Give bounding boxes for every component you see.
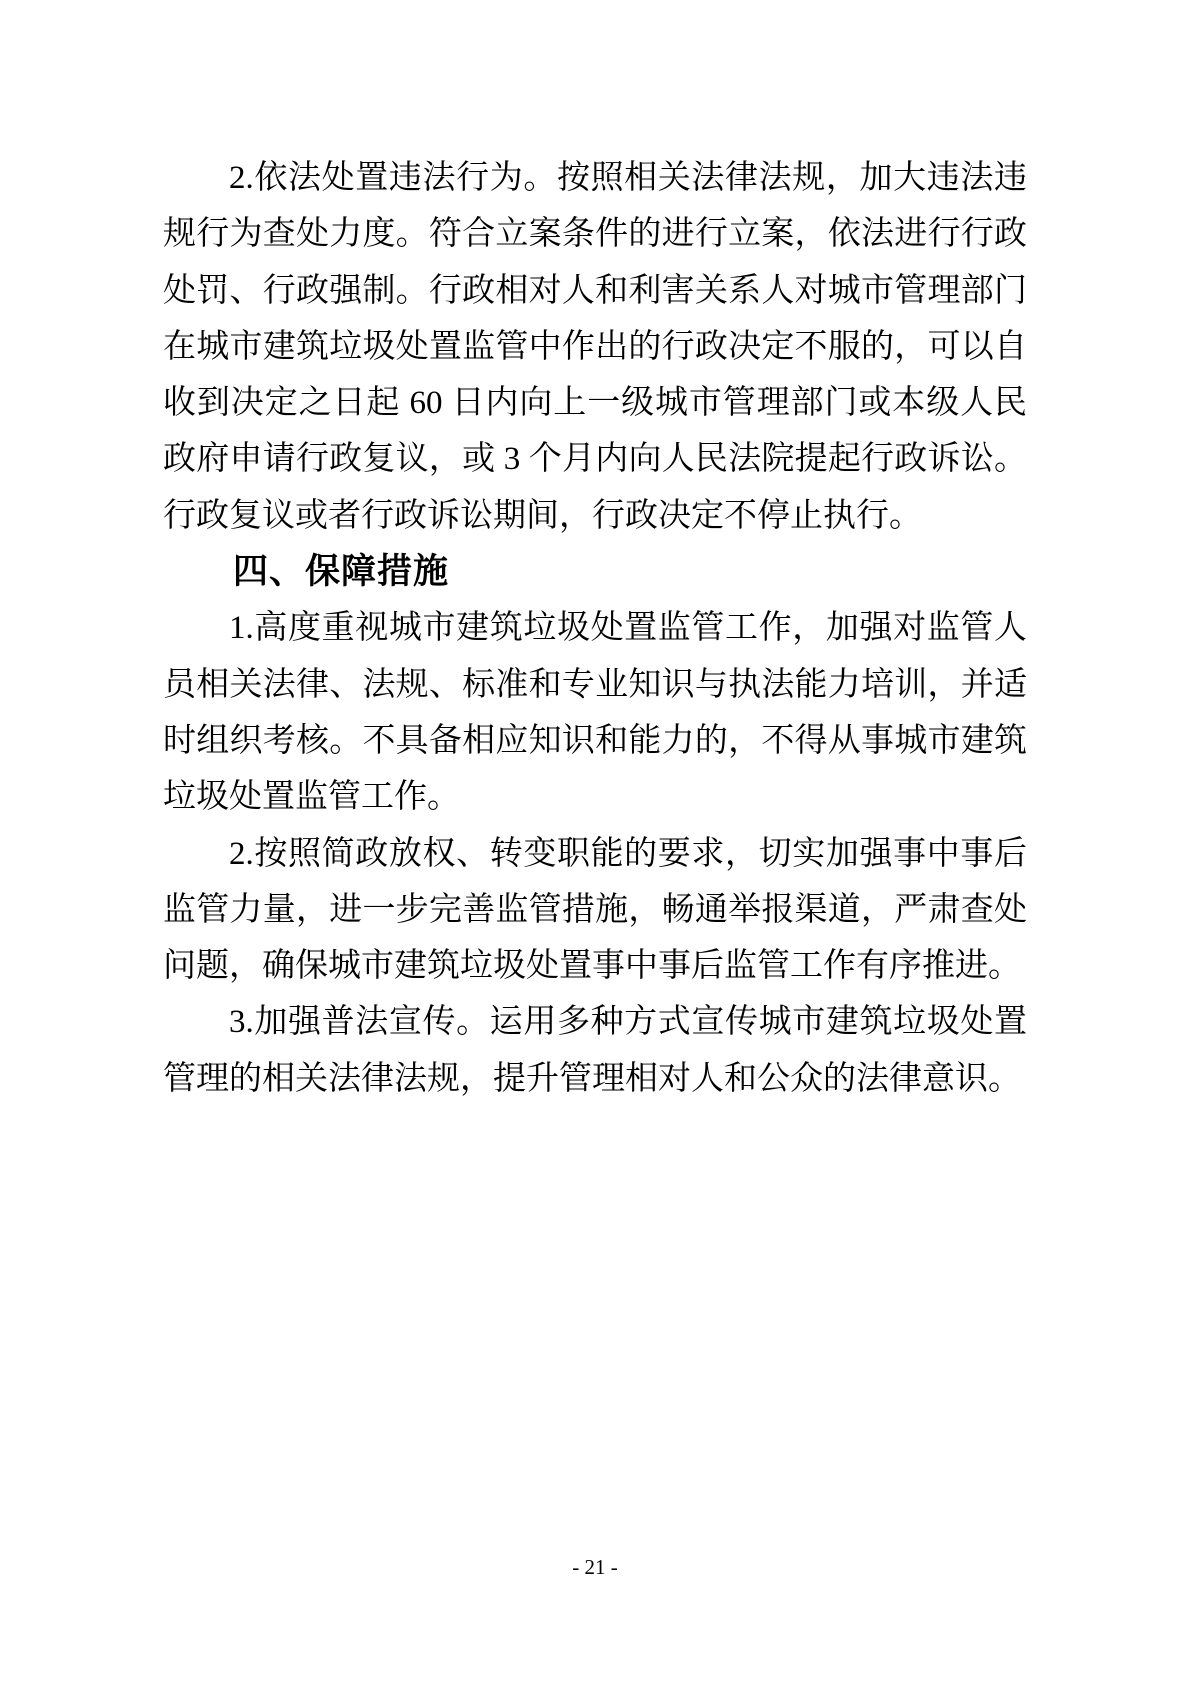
body-paragraph: 3.加强普法宣传。运用多种方式宣传城市建筑垃圾处置管理的相关法律法规，提升管理相… — [163, 994, 1027, 1107]
page-number: - 21 - — [572, 1555, 618, 1579]
body-paragraph: 2.按照简政放权、转变职能的要求，切实加强事中事后监管力量，进一步完善监管措施，… — [163, 826, 1027, 995]
document-body: 2.依法处置违法行为。按照相关法律法规，加大违法违规行为查处力度。符合立案条件的… — [163, 150, 1027, 1107]
document-page: 2.依法处置违法行为。按照相关法律法规，加大违法违规行为查处力度。符合立案条件的… — [0, 0, 1190, 1683]
body-paragraph: 1.高度重视城市建筑垃圾处置监管工作，加强对监管人员相关法律、法规、标准和专业知… — [163, 600, 1027, 825]
body-paragraph: 2.依法处置违法行为。按照相关法律法规，加大违法违规行为查处力度。符合立案条件的… — [163, 150, 1027, 544]
section-heading: 四、保障措施 — [163, 544, 1027, 600]
page-footer: - 21 - — [0, 1552, 1190, 1582]
